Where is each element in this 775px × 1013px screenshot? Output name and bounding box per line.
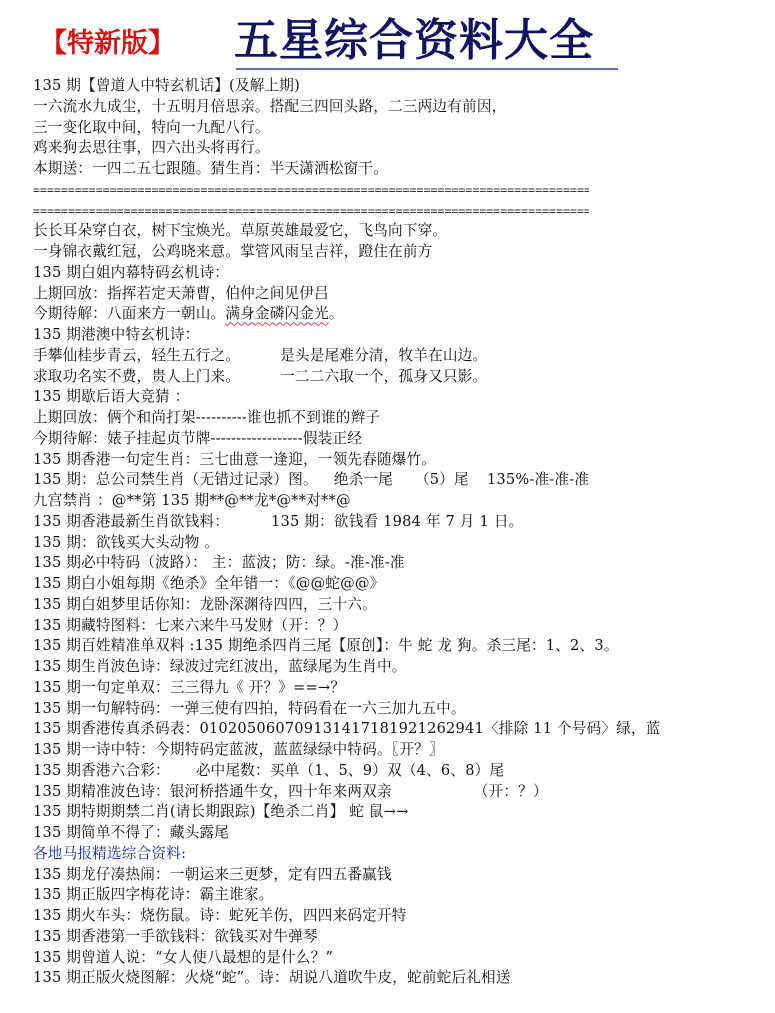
text-segment: （5）尾 (415, 471, 469, 488)
text-segment: （开：？） (474, 783, 548, 800)
text-line: 一身锦衣戴红冠，公鸡晓来意。掌管风雨呈吉祥，蹬住在前方 (33, 242, 773, 263)
text-line: 135 期龙仔凑热闹：一朝运来三更梦，定有四五番赢钱 (33, 865, 773, 886)
text-line: 135 期一诗中特：今期特码定蓝波，蓝蓝绿绿中特码。〖开？〗 (33, 740, 773, 761)
section-heading: 各地马报精选综合资料: (33, 844, 773, 865)
text-line: 本期送：一四二五七跟随。猜生肖：半天潇洒松窗干。 (33, 159, 773, 180)
text-segment: 绝杀一尾 (334, 471, 393, 488)
document-header: 【特新版】 五星综合资料大全 (0, 14, 775, 74)
text-line: 135 期：欲钱买大头动物 。 (33, 533, 773, 554)
text-line: 135 期白姐内幕特码玄机诗： (33, 263, 773, 284)
text-line: 135 期：总公司禁生肖（无错过记录）图。绝杀一尾（5）尾135%-准-准-准 (33, 470, 773, 491)
text-line: 135 期香港一句定生肖：三七曲意一逢迎，一领先春随爆竹。 (33, 450, 773, 471)
text-line: 135 期百姓精准单双料 :135 期绝杀四肖三尾【原创】：牛 蛇 龙 狗。杀三… (33, 636, 773, 657)
text-segment: 是头是尾难分清，牧羊在山边。 (280, 347, 487, 364)
text-segment: 手攀仙桂步青云，轻生五行之。 (33, 347, 240, 364)
text-line: 135 期歇后语大竞猜 ： (33, 387, 773, 408)
title-underline (236, 68, 618, 70)
text-line: 135 期香港六合彩：必中尾数：买单（1、5、9）双（4、6、8）尾 (33, 761, 773, 782)
separator-line: ========================================… (33, 201, 589, 222)
text-line: 135 期正版火烧图解：火烧“蛇”。诗：胡说八道吹牛皮，蛇前蛇后礼相送 (33, 968, 773, 989)
separator-line: ========================================… (33, 180, 589, 201)
text-line: 135 期香港第一手欲钱料：欲钱买对牛弹琴 (33, 927, 773, 948)
text-line: 上期回放：俩个和尚打架----------谁也抓不到谁的辫子 (33, 408, 773, 429)
text-segment: 。 (329, 305, 344, 322)
text-line: 长长耳朵穿白衣，树下宝焕光。草原英雄最爱它，飞鸟向下穿。 (33, 221, 773, 242)
spellcheck-underlined-text: 满身金磷闪金光 (225, 305, 329, 322)
text-line: 135 期简单不得了：藏头露尾 (33, 823, 773, 844)
text-line: 135 期藏特图料：七来六来牛马发财（开：？） (33, 616, 773, 637)
text-segment: 135 期香港最新生肖欲钱料： (33, 513, 229, 530)
text-line: 135 期正版四字梅花诗：霸主谁家。 (33, 885, 773, 906)
text-segment: 今期待解：八面来方一朝山。 (33, 305, 225, 322)
text-line: 135 期白姐梦里话你知：龙卧深渊待四四，三十六。 (33, 595, 773, 616)
text-line: 135 期港澳中特玄机诗： (33, 325, 773, 346)
text-line: 135 期必中特码（波路）： 主：蓝波；防：绿。-准-准-准 (33, 553, 773, 574)
text-line: 135 期生肖波色诗：绿波过完红波出，蓝绿尾为生肖中。 (33, 657, 773, 678)
text-line: 135 期白小姐每期《绝杀》全年错一：《@@蛇@@》 (33, 574, 773, 595)
text-line: 135 期香港传真杀码表：010205060709131417181921262… (33, 719, 773, 740)
text-line: 135 期【曾道人中特玄机话】(及解上期) (33, 76, 773, 97)
text-line: 今期待解：婊子挂起贞节牌------------------假装正经 (33, 429, 773, 450)
text-line: 上期回放：指挥若定天萧曹，伯仲之间见伊吕 (33, 284, 773, 305)
text-segment: 135 期精准波色诗：银河桥搭通牛女，四十年来两双亲 (33, 783, 392, 800)
text-line: 135 期精准波色诗：银河桥搭通牛女，四十年来两双亲（开：？） (33, 782, 773, 803)
text-line: 九宫禁肖 ：@**第 135 期**@**龙*@**对**@ (33, 491, 773, 512)
text-line: 135 期火车头：烧伤鼠。诗：蛇死羊伤，四四来码定开特 (33, 906, 773, 927)
text-line: 一六流水九成尘，十五明月倍思亲。搭配三四回头路，二三两边有前因， (33, 97, 773, 118)
text-segment: 一二二六取一个，孤身又只影。 (280, 368, 487, 385)
text-segment: 135 期香港六合彩： (33, 762, 170, 779)
text-line: 135 期特期期禁二肖(请长期跟踪)【绝杀二肖】 蛇 鼠→→ (33, 802, 773, 823)
text-segment: 135 期：总公司禁生肖（无错过记录）图。 (33, 471, 318, 488)
text-line: 135 期曾道人说：“女人使八最想的是什么？” (33, 948, 773, 969)
edition-badge: 【特新版】 (40, 26, 175, 62)
text-segment: 135 期：欲钱看 1984 年 7 月 1 日。 (271, 513, 523, 530)
text-line: 求取功名实不费，贵人上门来。一二二六取一个，孤身又只影。 (33, 367, 773, 388)
document-body: 135 期【曾道人中特玄机话】(及解上期) 一六流水九成尘，十五明月倍思亲。搭配… (33, 76, 773, 989)
text-line: 135 期香港最新生肖欲钱料：135 期：欲钱看 1984 年 7 月 1 日。 (33, 512, 773, 533)
text-segment: 必中尾数：买单（1、5、9）双（4、6、8）尾 (196, 762, 504, 779)
page-title: 五星综合资料大全 (234, 16, 594, 66)
text-line: 鸡来狗去思往事，四六出头将再行。 (33, 138, 773, 159)
text-segment: 135%-准-准-准 (487, 471, 589, 488)
text-line: 135 期一句定单双：三三得九《 开？》==→？ (33, 678, 773, 699)
text-line: 手攀仙桂步青云，轻生五行之。是头是尾难分清，牧羊在山边。 (33, 346, 773, 367)
text-segment: 求取功名实不费，贵人上门来。 (33, 368, 240, 385)
text-line: 三一变化取中间，特向一九配八行。 (33, 118, 773, 139)
text-line: 135 期一句解特码：一弹三使有四拍，特码看在一六三加九五中。 (33, 699, 773, 720)
text-line: 今期待解：八面来方一朝山。满身金磷闪金光。 (33, 304, 773, 325)
